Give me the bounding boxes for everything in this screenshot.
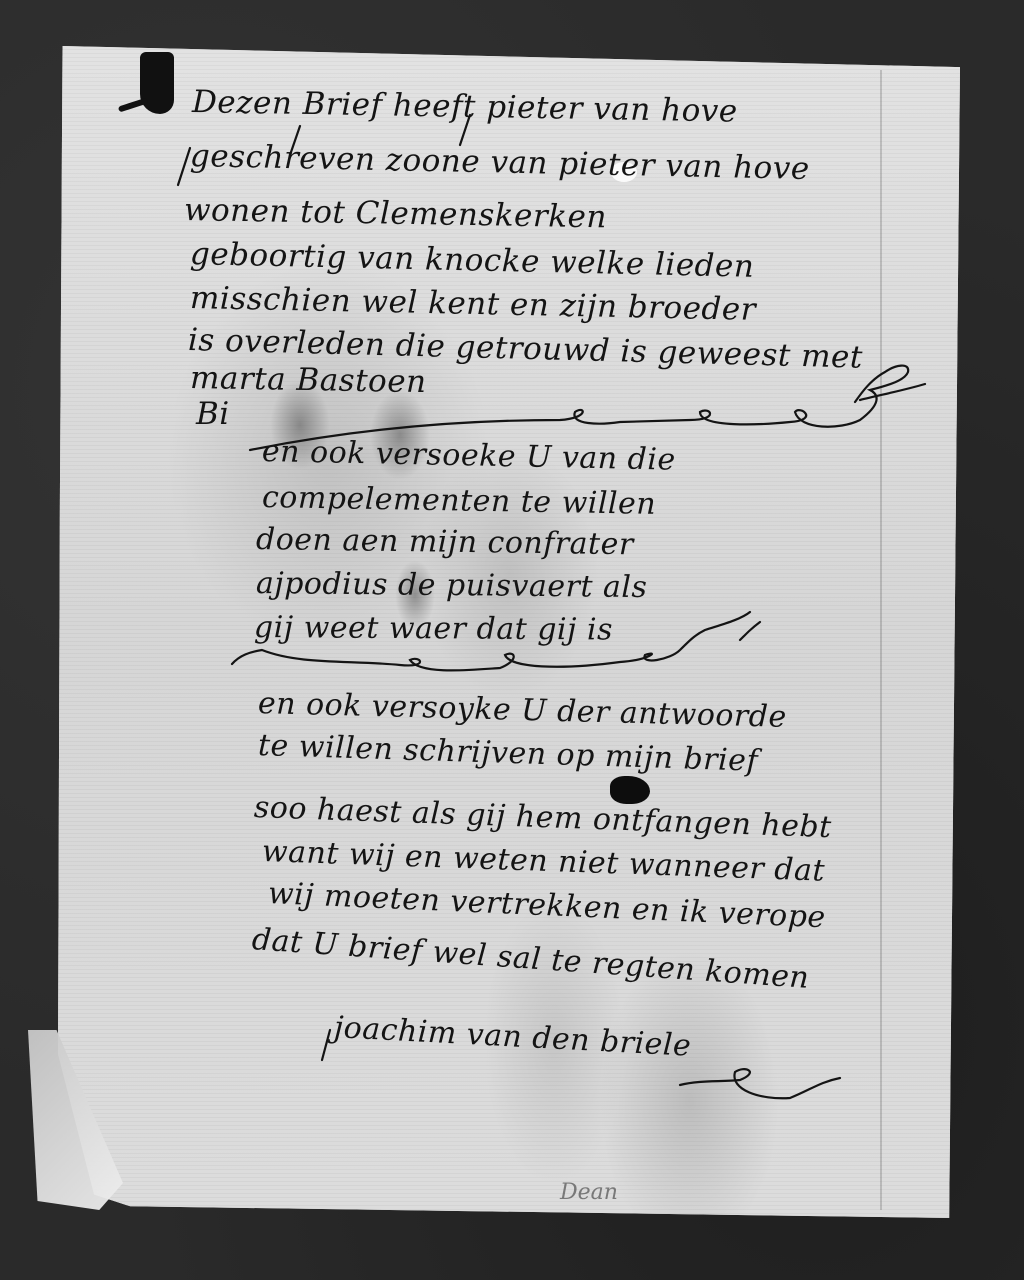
handwritten-line: doen aen mijn confrater xyxy=(256,522,634,562)
opening-mark: Bi xyxy=(196,396,230,432)
handwritten-line: marta Bastoen xyxy=(190,360,427,400)
ink-blot-icon xyxy=(140,52,174,114)
handwritten-line: ajpodius de puisvaert als xyxy=(256,566,648,605)
faint-bottom-text: Dean xyxy=(560,1180,618,1205)
document-scan: Dezen Brief heeft pieter van hove geschr… xyxy=(0,0,1024,1280)
handwritten-line: gij weet waer dat gij is xyxy=(254,610,613,648)
ink-blot-icon xyxy=(610,776,650,804)
handwritten-line: wonen tot Clemenskerken xyxy=(184,192,607,235)
paper-fold-line xyxy=(880,70,882,1210)
handwritten-line: compelementen te willen xyxy=(262,480,657,522)
